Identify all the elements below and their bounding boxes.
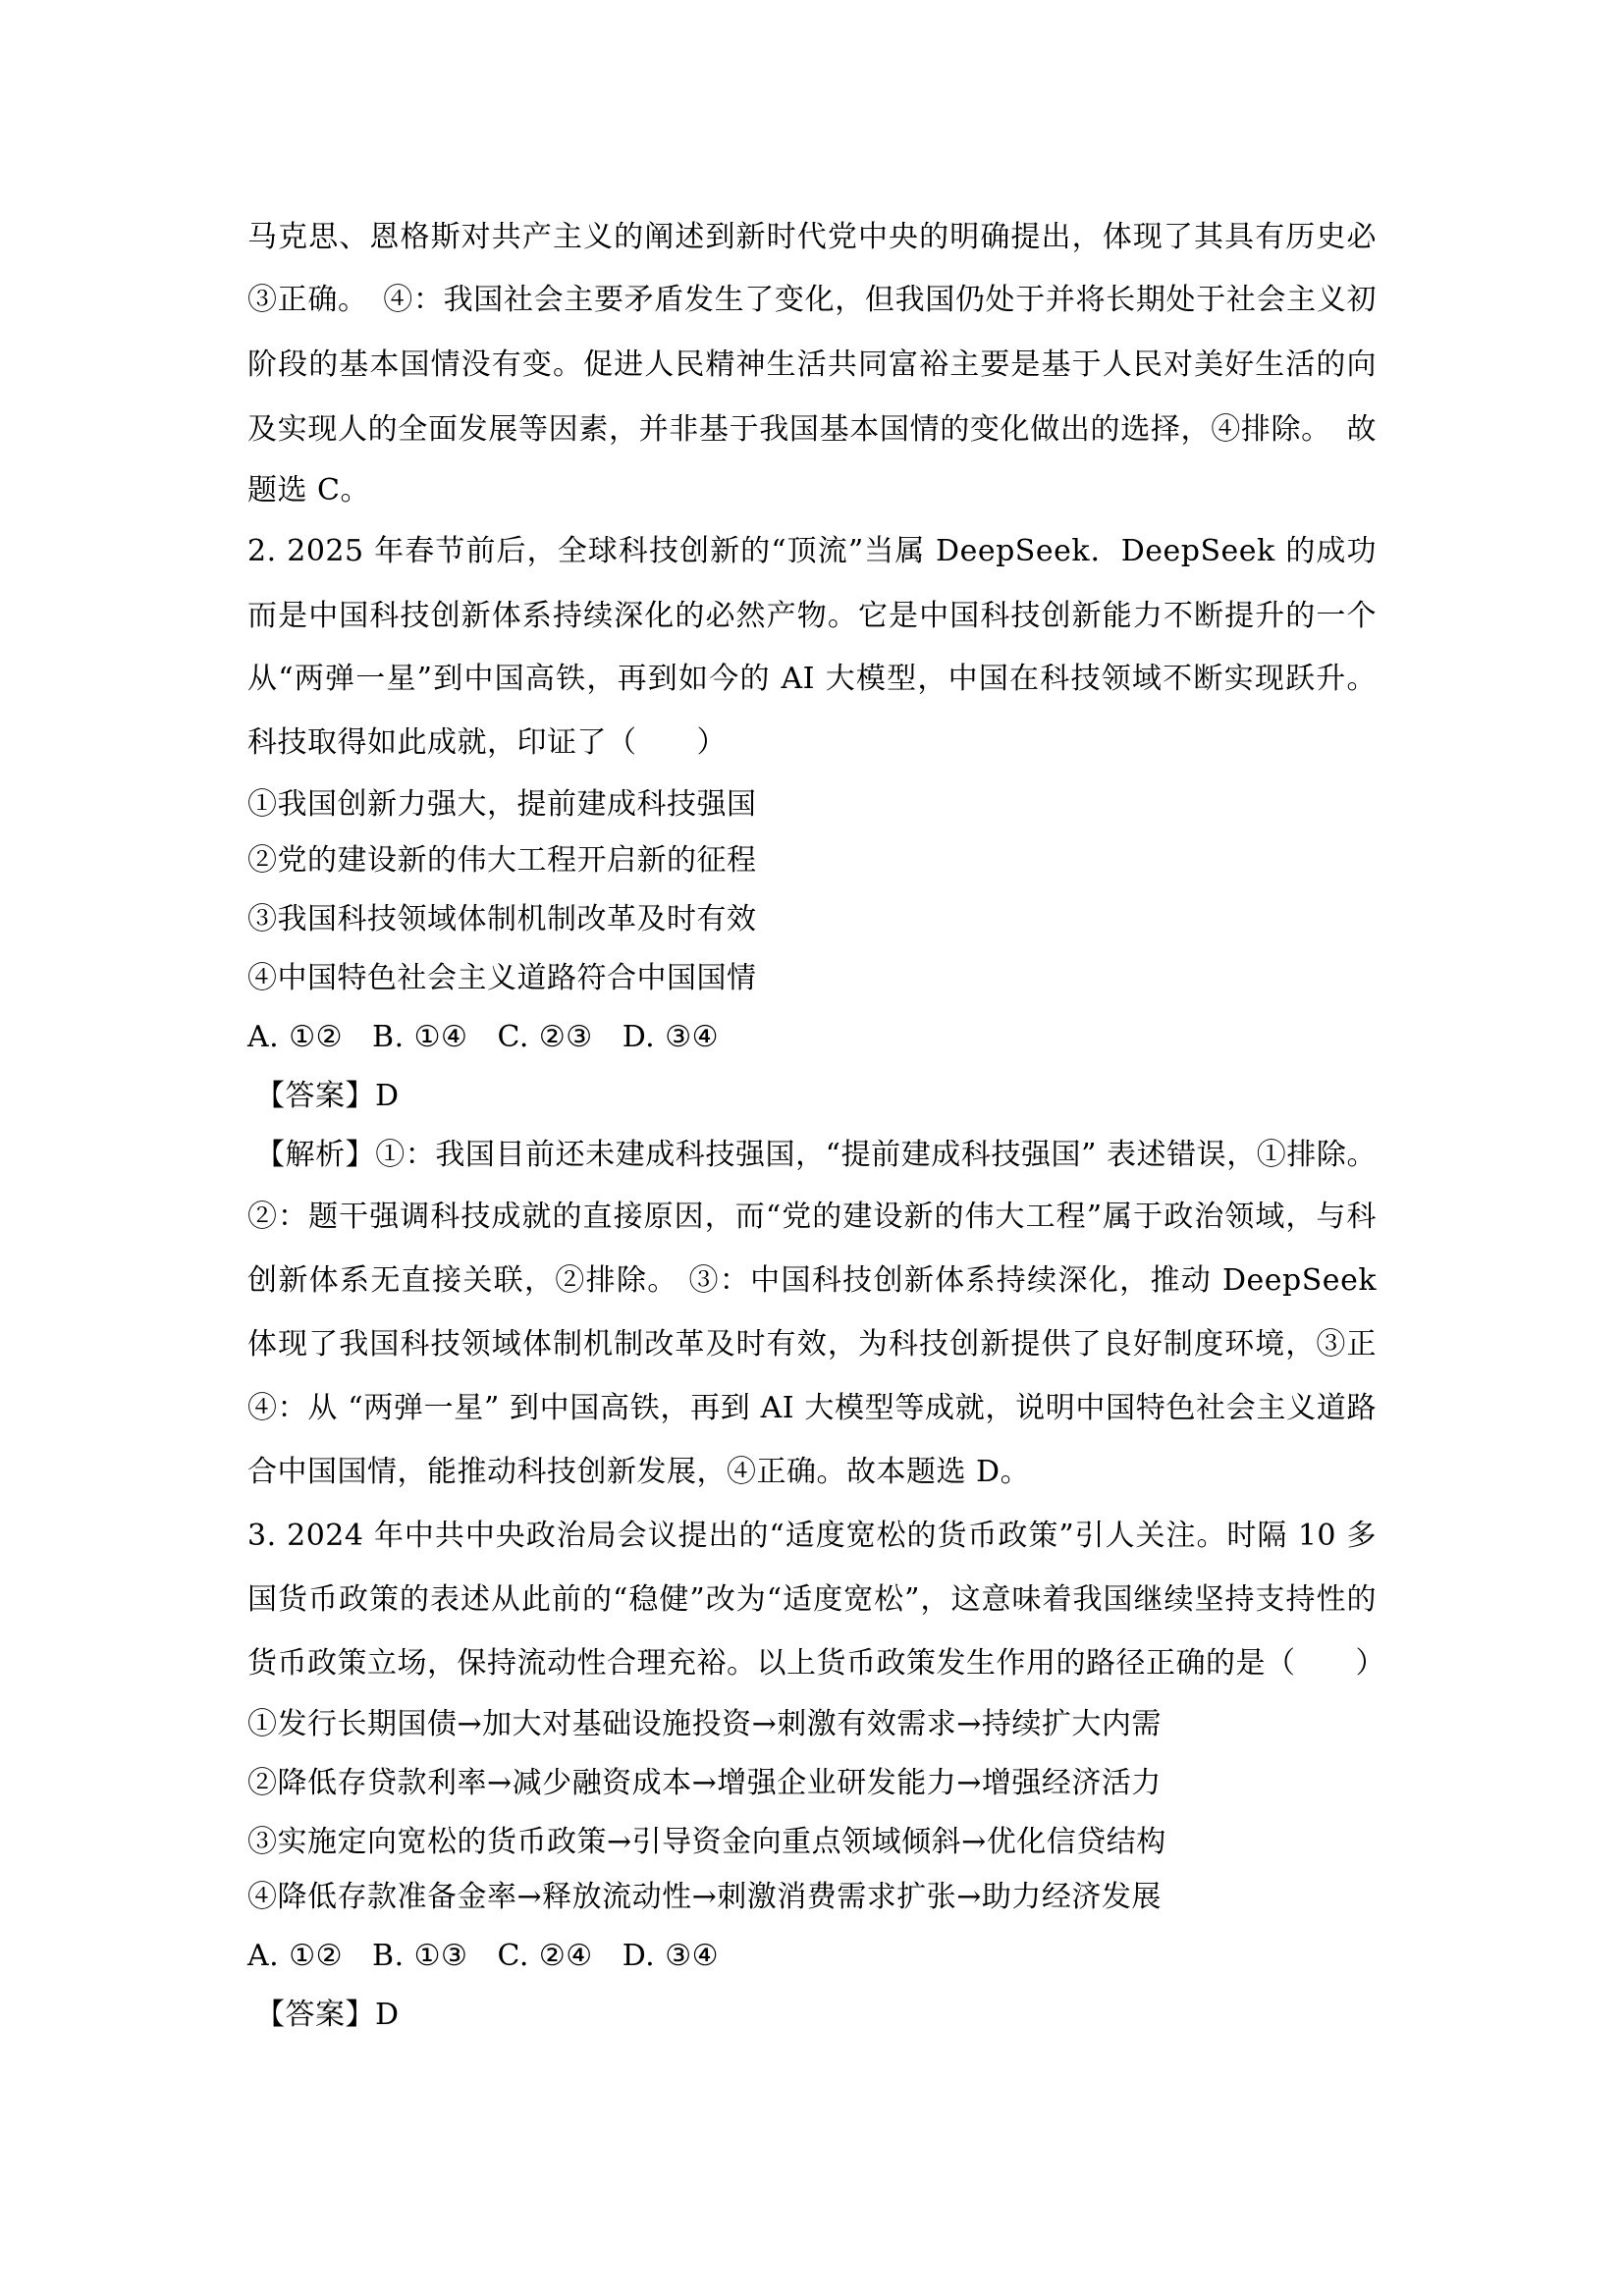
q2-analysis-label: 【解析】: [255, 1138, 375, 1172]
q2-analysis-text-1: ①：我国目前还未建成科技强国，“提前建成科技强国” 表述错误，①排除。: [375, 1138, 1377, 1172]
q2-analysis-line-2: ②：题干强调科技成就的直接原因，而“党的建设新的伟大工程”属于政治领域，与科技: [247, 1196, 1377, 1239]
q2-answer-value: D: [375, 1079, 400, 1113]
document-page: 马克思、恩格斯对共产主义的阐述到新时代党中央的明确提出，体现了其具有历史必然性 …: [0, 0, 1624, 2296]
q2-analysis-line-1: 【解析】①：我国目前还未建成科技强国，“提前建成科技强国” 表述错误，①排除。: [247, 1134, 1377, 1177]
q3-stem-line-1: 3. 2024 年中共中央政治局会议提出的“适度宽松的货币政策”引人关注。时隔 …: [247, 1515, 1377, 1558]
q3-answer: 【答案】D: [247, 1994, 1377, 2037]
q3-statement-3: ③实施定向宽松的货币政策→引导资金向重点领域倾斜→优化信贷结构: [247, 1821, 1377, 1864]
q3-statement-4: ④降低存款准备金率→释放流动性→刺激消费需求扩张→助力经济发展: [247, 1876, 1377, 1919]
q2-stem-line-3: 从“两弹一星”到中国高铁，再到如今的 AI 大模型，中国在科技领域不断实现跃升。…: [247, 658, 1377, 701]
q1-analysis-line-3: 阶段的基本国情没有变。促进人民精神生活共同富裕主要是基于人民对美好生活的向往以: [247, 344, 1377, 387]
q2-choices: A. ①②B. ①④C. ②③D. ③④: [247, 1016, 1377, 1059]
q1-analysis-line-4: 及实现人的全面发展等因素，并非基于我国基本国情的变化做出的选择，④排除。 故本: [247, 408, 1377, 452]
q2-analysis-line-4: 体现了我国科技领域体制机制改革及时有效，为科技创新提供了良好制度环境，③正确。: [247, 1323, 1377, 1366]
q2-choice-c: C. ②③: [497, 1016, 592, 1059]
q3-choice-b: B. ①③: [372, 1935, 467, 1978]
q3-choice-d: D. ③④: [623, 1935, 719, 1978]
q3-choice-c: C. ②④: [497, 1935, 592, 1978]
q1-analysis-line-2: ③正确。 ④：我国社会主要矛盾发生了变化，但我国仍处于并将长期处于社会主义初级: [247, 279, 1377, 322]
q2-analysis-line-5: ④：从 “两弹一星” 到中国高铁，再到 AI 大模型等成就，说明中国特色社会主义…: [247, 1387, 1377, 1430]
q2-choice-d: D. ③④: [623, 1016, 719, 1059]
q3-choice-a: A. ①②: [247, 1935, 343, 1978]
q3-statement-1: ①发行长期国债→加大对基础设施投资→刺激有效需求→持续扩大内需: [247, 1703, 1377, 1746]
q2-stem-line-2: 而是中国科技创新体系持续深化的必然产物。它是中国科技创新能力不断提升的一个缩影: [247, 595, 1377, 638]
q2-analysis-line-3: 创新体系无直接关联，②排除。 ③：中国科技创新体系持续深化，推动 DeepSee…: [247, 1259, 1377, 1303]
q3-statement-2: ②降低存贷款利率→减少融资成本→增强企业研发能力→增强经济活力: [247, 1762, 1377, 1805]
q1-analysis-line-1: 马克思、恩格斯对共产主义的阐述到新时代党中央的明确提出，体现了其具有历史必然性: [247, 216, 1377, 259]
q2-statement-1: ①我国创新力强大，提前建成科技强国: [247, 783, 1377, 827]
q2-analysis-line-6: 合中国国情，能推动科技创新发展，④正确。故本题选 D。: [247, 1451, 1377, 1494]
q1-analysis-line-5: 题选 C。: [247, 469, 1377, 512]
q2-stem-line-4: 科技取得如此成就，印证了（ ）: [247, 721, 1377, 765]
q3-stem-line-3: 货币政策立场，保持流动性合理充裕。以上货币政策发生作用的路径正确的是（ ）: [247, 1642, 1377, 1685]
q2-statement-2: ②党的建设新的伟大工程开启新的征程: [247, 839, 1377, 882]
q2-statement-3: ③我国科技领域体制机制改革及时有效: [247, 898, 1377, 941]
q3-answer-label: 【答案】: [255, 1998, 375, 2032]
q2-choice-b: B. ①④: [372, 1016, 467, 1059]
q2-stem-line-1: 2. 2025 年春节前后，全球科技创新的“顶流”当属 DeepSeek．Dee…: [247, 530, 1377, 573]
q2-answer-label: 【答案】: [255, 1079, 375, 1113]
q3-stem-line-2: 国货币政策的表述从此前的“稳健”改为“适度宽松”，这意味着我国继续坚持支持性的: [247, 1578, 1377, 1622]
q2-choice-a: A. ①②: [247, 1016, 343, 1059]
q2-statement-4: ④中国特色社会主义道路符合中国国情: [247, 957, 1377, 1000]
q2-answer: 【答案】D: [247, 1075, 1377, 1118]
q3-choices: A. ①②B. ①③C. ②④D. ③④: [247, 1935, 1377, 1978]
q3-answer-value: D: [375, 1998, 400, 2032]
